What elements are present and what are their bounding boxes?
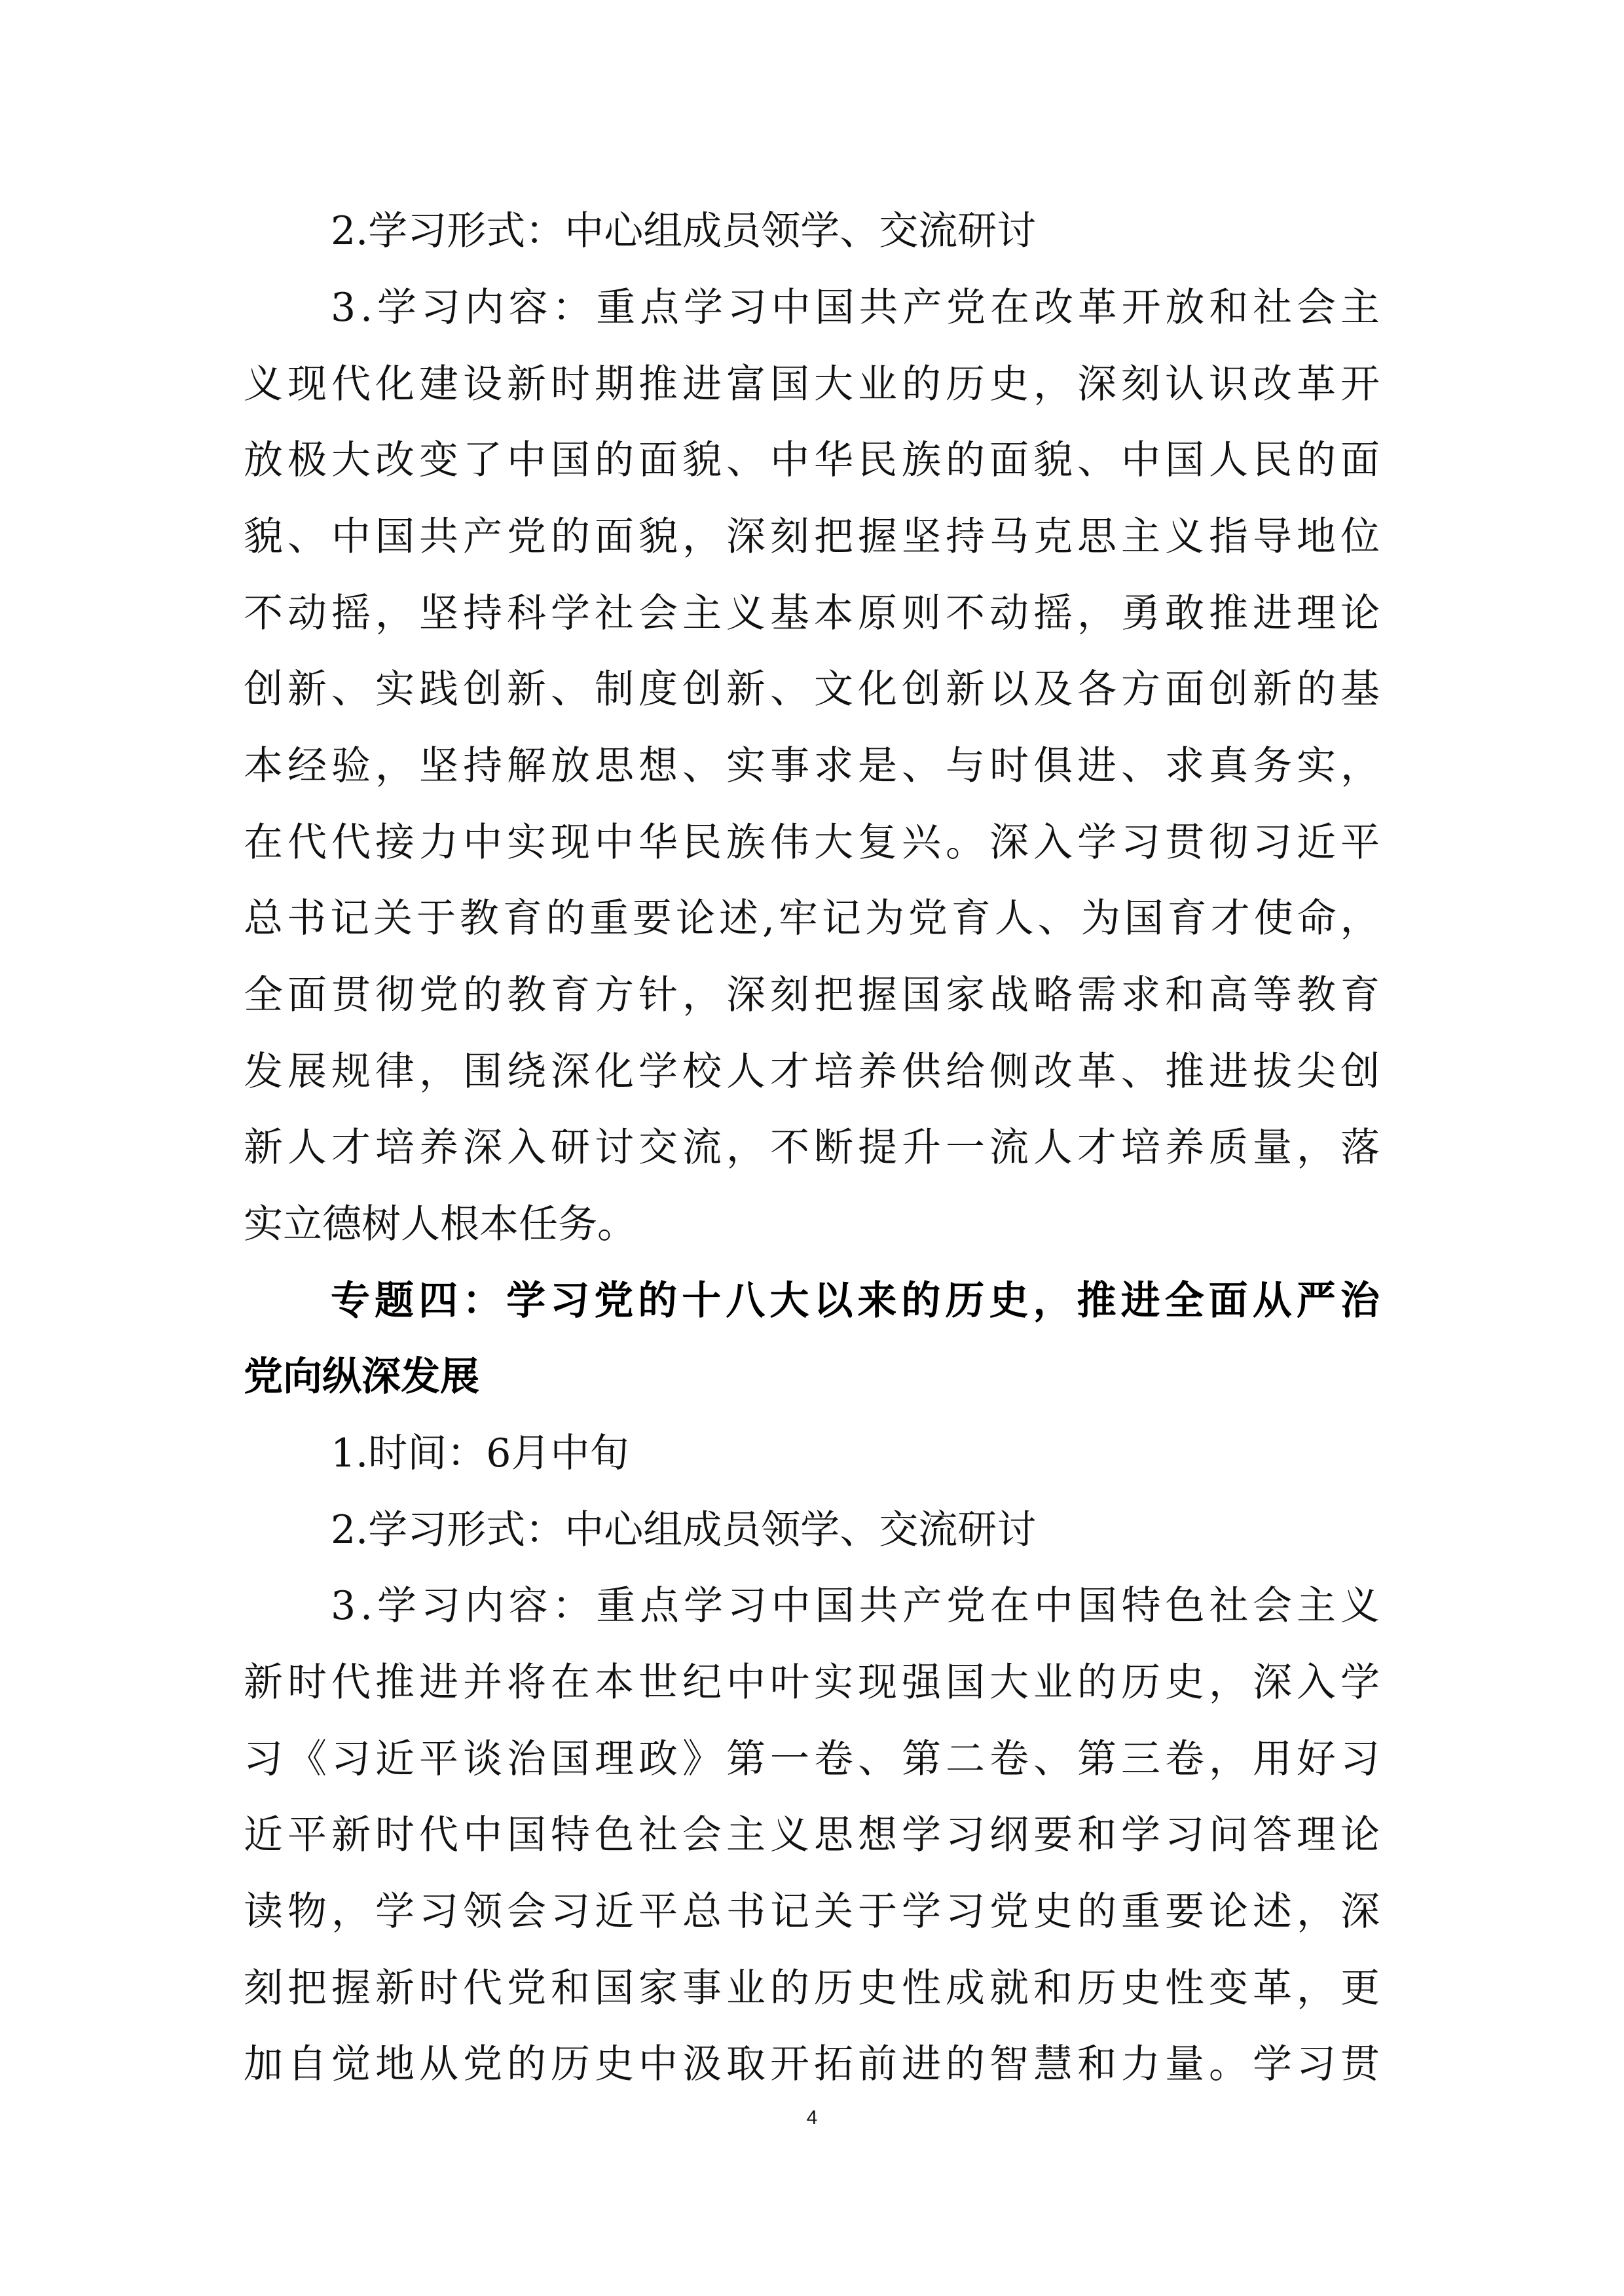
item-content: 3.学习内容：重点学习中国共产党在改革开放和社会主 — [331, 282, 1380, 334]
section-heading: 专题四：学习党的十八大以来的历史，推进全面从严治 — [331, 1275, 1380, 1327]
body-line: 读物，学习领会习近平总书记关于学习党史的重要论述，深 — [244, 1886, 1380, 1938]
body-line: 本经验，坚持解放思想、实事求是、与时俱进、求真务实， — [244, 740, 1380, 792]
body-line: 近平新时代中国特色社会主义思想学习纲要和学习问答理论 — [244, 1809, 1380, 1861]
body-line: 刻把握新时代党和国家事业的历史性成就和历史性变革，更 — [244, 1962, 1380, 2014]
page-number: 4 — [786, 2105, 838, 2131]
item-form: 2.学习形式：中心组成员领学、交流研讨 — [331, 1504, 1380, 1556]
item-form: 2.学习形式：中心组成员领学、交流研讨 — [331, 205, 1380, 257]
body-line: 加自觉地从党的历史中汲取开拓前进的智慧和力量。学习贯 — [244, 2038, 1380, 2090]
body-line: 全面贯彻党的教育方针，深刻把握国家战略需求和高等教育 — [244, 969, 1380, 1021]
body-line: 总书记关于教育的重要论述,牢记为党育人、为国育才使命， — [244, 892, 1380, 945]
item-content: 3.学习内容：重点学习中国共产党在中国特色社会主义 — [331, 1580, 1380, 1632]
body-line: 实立德树人根本任务。 — [244, 1198, 1380, 1250]
body-line: 不动摇，坚持科学社会主义基本原则不动摇，勇敢推进理论 — [244, 587, 1380, 640]
body-line: 新人才培养深入研讨交流，不断提升一流人才培养质量，落 — [244, 1121, 1380, 1174]
section-heading-cont: 党向纵深发展 — [244, 1351, 1380, 1403]
item-time: 1.时间：6月中旬 — [331, 1427, 1380, 1480]
document-page: 2.学习形式：中心组成员领学、交流研讨 3.学习内容：重点学习中国共产党在改革开… — [0, 0, 1624, 2296]
body-line: 创新、实践创新、制度创新、文化创新以及各方面创新的基 — [244, 663, 1380, 716]
body-line: 放极大改变了中国的面貌、中华民族的面貌、中国人民的面 — [244, 434, 1380, 486]
body-line: 貌、中国共产党的面貌，深刻把握坚持马克思主义指导地位 — [244, 511, 1380, 563]
body-line: 在代代接力中实现中华民族伟大复兴。深入学习贯彻习近平 — [244, 816, 1380, 869]
body-line: 发展规律，围绕深化学校人才培养供给侧改革、推进拔尖创 — [244, 1046, 1380, 1098]
body-line: 新时代推进并将在本世纪中叶实现强国大业的历史，深入学 — [244, 1656, 1380, 1709]
body-line: 义现代化建设新时期推进富国大业的历史，深刻认识改革开 — [244, 358, 1380, 410]
body-line: 习《习近平谈治国理政》第一卷、第二卷、第三卷，用好习 — [244, 1733, 1380, 1785]
